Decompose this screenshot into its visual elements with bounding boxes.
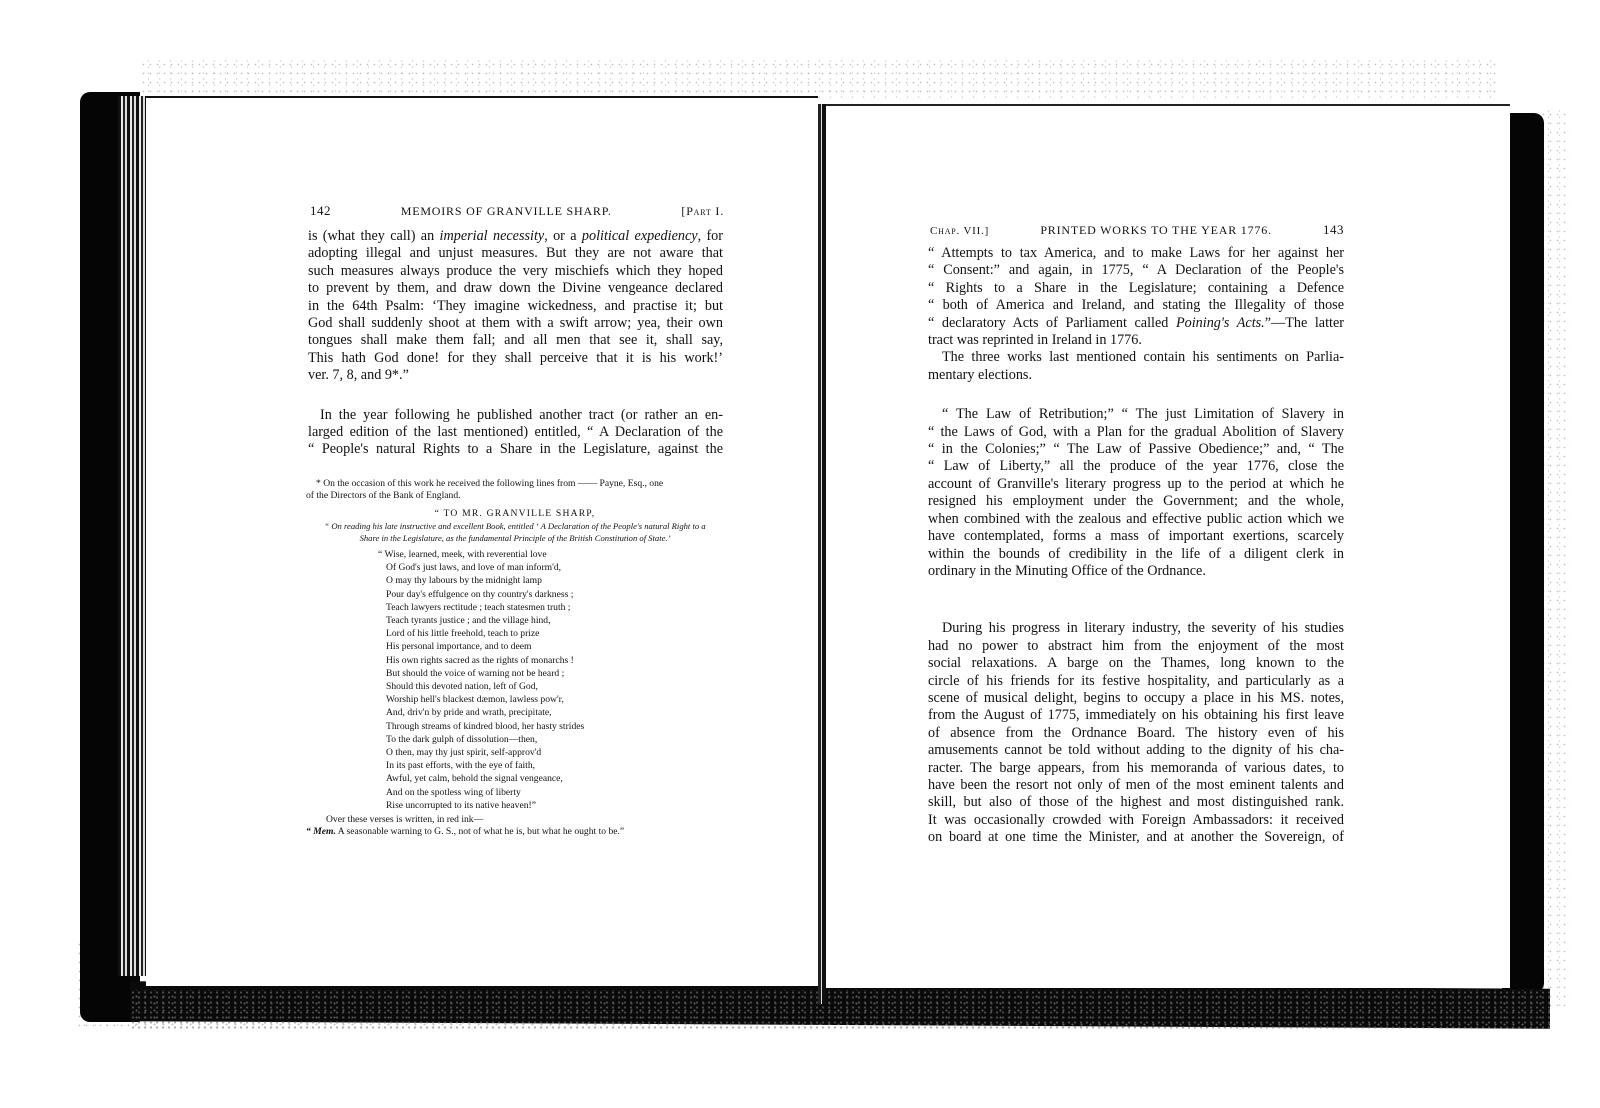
text-line: tract was reprinted in Ireland in 1776.: [928, 332, 1344, 349]
text-line: During his progress in literary industry…: [928, 620, 1344, 637]
poem-line: Teach lawyers rectitude ; teach statesme…: [378, 601, 724, 614]
poem: “ Wise, learned, meek, with reverential …: [378, 548, 724, 812]
poem-line: And on the spotless wing of liberty: [378, 786, 724, 799]
text-line: such measures always produce the very mi…: [308, 263, 723, 280]
text-line: “ Attempts to tax America, and to make L…: [928, 245, 1344, 262]
text-line: ver. 7, 8, and 9*.”: [308, 367, 723, 384]
text-line: amusements cannot be told without adding…: [928, 742, 1344, 759]
paragraph: During his progress in literary industry…: [928, 620, 1344, 846]
footnote-line: of the Directors of the Bank of England.: [306, 490, 724, 502]
text-line: from the August of 1775, immediately on …: [928, 707, 1344, 724]
text-line: “ Law of Liberty,” all the produce of th…: [928, 458, 1344, 475]
footnote: * On the occasion of this work he receiv…: [306, 478, 724, 838]
right-page-body: “ Attempts to tax America, and to make L…: [928, 245, 1344, 847]
text-line: skill, but also of those of the highest …: [928, 794, 1344, 811]
footnote-note: Over these verses is written, in red ink…: [326, 814, 724, 826]
chapter-label: Chap. VII.]: [930, 225, 989, 237]
poem-line: To the dark gulph of dissolution—then,: [378, 733, 724, 746]
page-edges-left: [118, 96, 148, 976]
text-line: mentary elections.: [928, 367, 1344, 384]
italic-phrase: Poining's Acts.: [1176, 315, 1265, 331]
book-gutter: [818, 104, 826, 1004]
text-line: “ The Law of Retribution;” “ The just Li…: [928, 406, 1344, 423]
poem-line: Awful, yet calm, behold the signal venge…: [378, 772, 724, 785]
scan-noise-right: [1540, 110, 1570, 1010]
page-number: 142: [310, 203, 331, 219]
text-line: have been the resort not only of men of …: [928, 777, 1344, 794]
text-line: “ declaratory Acts of Parliament called …: [928, 315, 1344, 332]
memo-text: A seasonable warning to G. S., not of wh…: [338, 826, 624, 837]
text-line: circle of his friends for its festive ho…: [928, 673, 1344, 690]
poem-line: O may thy labours by the midnight lamp: [378, 574, 724, 587]
text-line: when combined with the zealous and effec…: [928, 511, 1344, 528]
text-line: within the bounds of credibility in the …: [928, 546, 1344, 563]
text-line: scene of musical delight, begins to occu…: [928, 690, 1344, 707]
text-line: In the year following he published anoth…: [308, 407, 723, 424]
part-label: [Part I.: [681, 204, 724, 219]
left-page-body: is (what they call) an imperial necessit…: [308, 228, 723, 459]
footnote-line: * On the occasion of this work he receiv…: [306, 478, 724, 490]
poem-line: Rise uncorrupted to its native heaven!”: [378, 799, 724, 812]
poem-line: In its past efforts, with the eye of fai…: [378, 759, 724, 772]
poem-line: And, driv'n by pride and wrath, precipit…: [378, 706, 724, 719]
italic-phrase: imperial necessity: [440, 228, 545, 244]
text-line: The three works last mentioned contain h…: [928, 349, 1344, 366]
poem-line: His personal importance, and to deem: [378, 640, 724, 653]
poem-line: Worship hell's blackest dæmon, lawless p…: [378, 693, 724, 706]
poem-line: Of God's just laws, and love of man info…: [378, 561, 724, 574]
poem-line: Teach tyrants justice ; and the village …: [378, 614, 724, 627]
text-line: is (what they call) an imperial necessit…: [308, 228, 723, 245]
text-line: account of Granville's literary progress…: [928, 476, 1344, 493]
text-line: have contemplated, forms a mass of impor…: [928, 528, 1344, 545]
memo-label: “ Mem.: [306, 826, 336, 837]
poem-line: His own rights sacred as the rights of m…: [378, 654, 724, 667]
poem-line: Should this devoted nation, left of God,: [378, 680, 724, 693]
text-line: of absence from the Ordnance Board. The …: [928, 725, 1344, 742]
text-line: resigned his employment under the Govern…: [928, 493, 1344, 510]
poem-line: O then, may thy just spirit, self-approv…: [378, 746, 724, 759]
text-line: had no power to abstract him from the en…: [928, 638, 1344, 655]
page-number: 143: [1323, 222, 1344, 238]
paragraph: “ The Law of Retribution;” “ The just Li…: [928, 406, 1344, 580]
text-line: God shall suddenly shoot at them with a …: [308, 315, 723, 332]
text-line: “ Consent:” and again, in 1775, “ A Decl…: [928, 262, 1344, 279]
poem-subtitle: Share in the Legislature, as the fundame…: [306, 532, 724, 544]
text-line: social relaxations. A barge on the Thame…: [928, 655, 1344, 672]
scan-noise-top: [140, 60, 1500, 100]
text-line: tongues shall make them fall; and all me…: [308, 332, 723, 349]
text-line: on board at one time the Minister, and a…: [928, 829, 1344, 846]
text-line: “ Rights to a Share in the Legislature; …: [928, 280, 1344, 297]
poem-line: Lord of his little freehold, teach to pr…: [378, 627, 724, 640]
right-page-header: Chap. VII.] PRINTED WORKS TO THE YEAR 17…: [930, 222, 1344, 238]
scan-noise-bottom: [130, 990, 1550, 1030]
text-line: It was occasionally crowded with Foreign…: [928, 812, 1344, 829]
text-line: to prevent by them, and draw down the Di…: [308, 280, 723, 297]
poem-title: “ TO MR. GRANVILLE SHARP,: [306, 508, 724, 520]
poem-line: “ Wise, learned, meek, with reverential …: [378, 548, 724, 561]
poem-subtitle: “ On reading his late instructive and ex…: [306, 520, 724, 532]
footnote-memo: “ Mem. A seasonable warning to G. S., no…: [306, 826, 724, 838]
text-line: adopting illegal and unjust measures. Bu…: [308, 245, 723, 262]
text-line: “ People's natural Rights to a Share in …: [308, 441, 723, 458]
text-line: “ the Laws of God, with a Plan for the g…: [928, 424, 1344, 441]
paragraph: is (what they call) an imperial necessit…: [308, 228, 723, 385]
text-line: This hath God done! for they shall perce…: [308, 350, 723, 367]
poem-line: Through streams of kindred blood, her ha…: [378, 720, 724, 733]
paragraph: The three works last mentioned contain h…: [928, 349, 1344, 384]
poem-line: Pour day's effulgence on thy country's d…: [378, 588, 724, 601]
paragraph: In the year following he published anoth…: [308, 407, 723, 459]
italic-phrase: political expediency: [582, 228, 698, 244]
text-line: ordinary in the Minuting Office of the O…: [928, 563, 1344, 580]
text-line: larged edition of the last mentioned) en…: [308, 424, 723, 441]
text-line: racter. The barge appears, from his memo…: [928, 760, 1344, 777]
poem-line: But should the voice of warning not be h…: [378, 667, 724, 680]
paragraph: “ Attempts to tax America, and to make L…: [928, 245, 1344, 349]
running-head: PRINTED WORKS TO THE YEAR 1776.: [1040, 223, 1271, 238]
text-line: “ in the Colonies;” “ The Law of Passive…: [928, 441, 1344, 458]
text-line: “ both of America and Ireland, and stati…: [928, 297, 1344, 314]
text-line: in the 64th Psalm: ‘They imagine wickedn…: [308, 298, 723, 315]
left-page-header: 142 MEMOIRS OF GRANVILLE SHARP. [Part I.: [310, 203, 724, 219]
running-head: MEMOIRS OF GRANVILLE SHARP.: [401, 204, 612, 219]
